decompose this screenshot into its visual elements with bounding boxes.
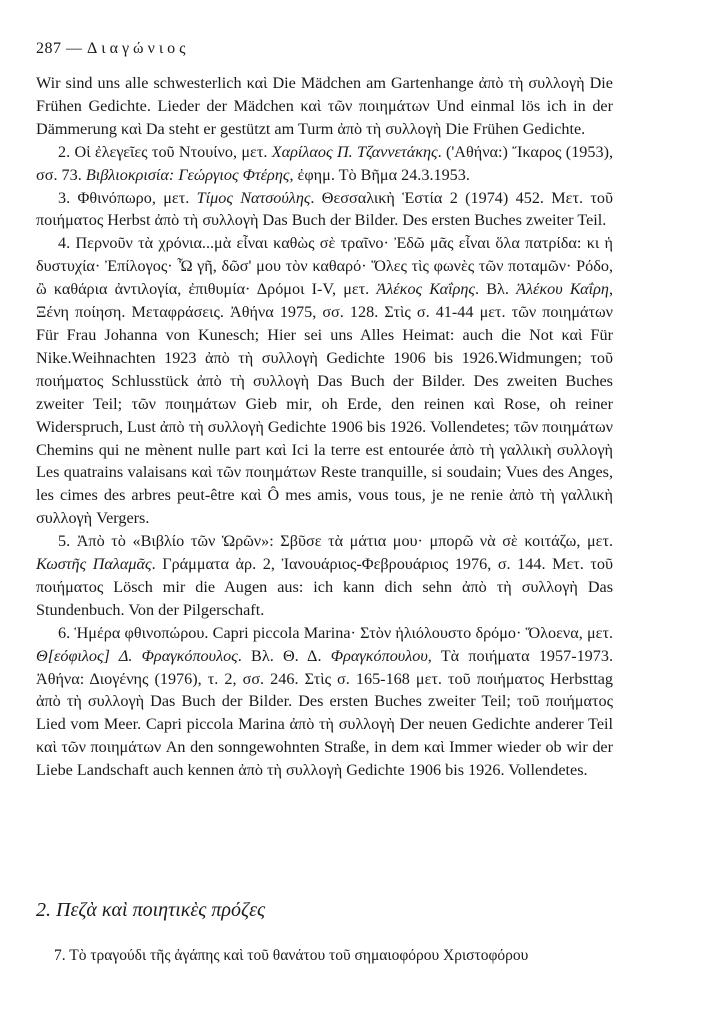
entry-author-italic: Χαρίλαος Π. Τζαννετάκης [272,143,438,161]
entry-text: Ἀπὸ τὸ «Βιβλίο τῶν Ὡρῶν»: Σβῦσε τὰ μάτια… [77,532,613,550]
running-head: 287 — Διαγώνιος [36,40,189,58]
entry-author-italic: Θ[εόφιλος] Δ. Φραγκόπουλος [36,647,238,665]
entry-text: . Βλ. Θ. Δ. [238,647,331,665]
entry-number: 5. [58,532,77,550]
entry-text: Ἡμέρα φθινοπώρου. Capri piccola Marina· … [74,624,613,642]
bibliography-entry: 4. Περνοῦν τὰ χρόνια...μὰ εἶναι καθὼς σὲ… [36,232,613,530]
running-head-title: Διαγώνιος [87,40,189,57]
entry-text: , Ξένη ποίηση. Μεταφράσεις. Ἀθήνα 1975, … [36,280,613,527]
continuation-paragraph: Wir sind uns alle schwesterlich καὶ Die … [36,72,613,141]
entry-list: 2. Οἱ ἐλεγεῖες τοῦ Ντουίνο, μετ. Χαρίλαο… [36,141,613,782]
entry-text: Φθινόπωρο, μετ. [77,189,196,207]
bibliography-entry: 3. Φθινόπωρο, μετ. Τίμος Νατσούλης. Θεσσ… [36,187,613,233]
entry-text: Τὸ τραγούδι τῆς ἀγάπης καὶ τοῦ θανάτου τ… [69,947,528,964]
entry-author-italic: Ἀλέκου Καΐρη [516,280,609,298]
bibliography-entry: 6. Ἡμέρα φθινοπώρου. Capri piccola Marin… [36,622,613,782]
entry-number: 4. [58,234,75,252]
bibliography-entry: 5. Ἀπὸ τὸ «Βιβλίο τῶν Ὡρῶν»: Σβῦσε τὰ μά… [36,530,613,622]
entry-author-italic: Φραγκόπουλου [331,647,428,665]
entry-author-italic: Ἀλέκος Καΐρης [376,280,475,298]
entry-author-italic: Τίμος Νατσούλης [197,189,311,207]
entry-author-italic: Κωστῆς Παλαμᾶς [36,555,152,573]
entry-text: , ἐφημ. Τὸ Βῆμα 24.3.1953. [289,166,469,184]
section-heading: 2. Πεζὰ καὶ ποιητικὲς πρόζες [36,899,265,922]
page-number: 287 [36,40,62,57]
bibliography-entry: 2. Οἱ ἐλεγεῖες τοῦ Ντουίνο, μετ. Χαρίλαο… [36,141,613,187]
entry-7: 7. Τὸ τραγούδι τῆς ἀγάπης καὶ τοῦ θανάτο… [36,947,613,965]
running-head-separator: — [66,40,83,57]
entry-number: 2. [58,143,75,161]
entry-text: , Τὰ ποιήματα 1957-1973. Ἀθήνα: Διογένης… [36,647,613,780]
entry-number: 3. [58,189,77,207]
entry-text: Οἱ ἐλεγεῖες τοῦ Ντουίνο, μετ. [75,143,272,161]
entry-number: 7. [54,947,66,964]
entry-text: . Βλ. [475,280,516,298]
entry-author-italic: Βιβλιοκρισία: Γεώργιος Φτέρης [86,166,290,184]
entry-number: 6. [58,624,74,642]
bibliography-body: Wir sind uns alle schwesterlich καὶ Die … [36,72,613,782]
